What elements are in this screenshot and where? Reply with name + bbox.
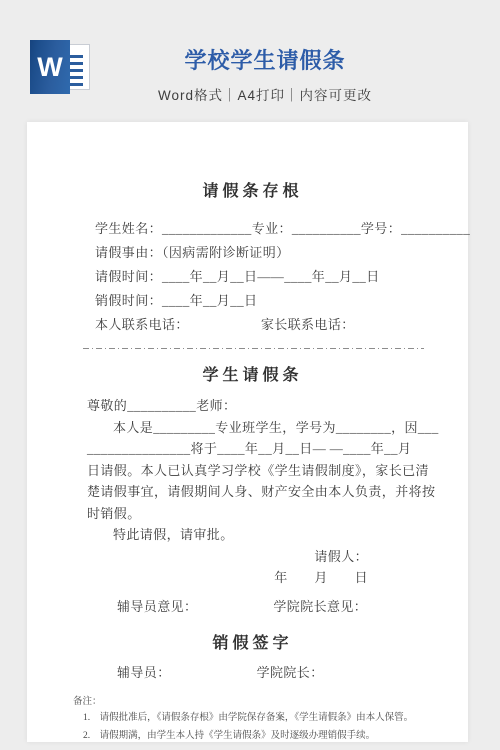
header: W 学校学生请假条 Word格式｜A4打印｜内容可更改: [0, 0, 500, 122]
counselor-sign-label: 辅导员：: [117, 661, 171, 685]
dean-opinion-label: 学院院长意见：: [273, 595, 367, 619]
body-line-3: 日请假。本人已认真学习学校《学生请假制度》，家长已清: [87, 460, 418, 482]
stub-leave-time-line: 请假时间：____年__月__日——____年__月__日: [87, 265, 418, 289]
document-page: 请假条存根 学生姓名：_____________专业：__________学号：…: [27, 122, 468, 742]
self-phone-label: 本人联系电话：: [95, 313, 189, 337]
signer-label: 请假人：: [87, 546, 368, 568]
body-line-5: 时销假。: [87, 503, 418, 525]
leave-note-body: 尊敬的__________老师： 本人是_________专业班学生，学号为__…: [87, 395, 418, 546]
cut-dash-line: [83, 348, 424, 349]
signature-block: 请假人： 年 月 日: [87, 546, 418, 589]
stub-return-time-line: 销假时间：____年__月__日: [87, 289, 418, 313]
opinion-row: 辅导员意见： 学院院长意见：: [87, 595, 418, 619]
counselor-opinion-label: 辅导员意见：: [117, 595, 197, 619]
stub-section-title: 请假条存根: [87, 122, 418, 201]
cancel-section-title: 销假签字: [87, 630, 418, 653]
salutation-line: 尊敬的__________老师：: [87, 395, 418, 417]
leave-note-section-title: 学生请假条: [87, 362, 418, 385]
body-line-1: 本人是_________专业班学生，学号为________，因___: [87, 417, 418, 439]
stub-phone-line: 本人联系电话： 家长联系电话：: [87, 313, 418, 337]
remarks-section: 备注： 1. 请假批准后，《请假条存根》由学院保存备案，《学生请假条》由本人保管…: [73, 695, 418, 745]
date-line: 年 月 日: [87, 567, 368, 589]
stub-reason-line: 请假事由：（因病需附诊断证明）: [87, 241, 418, 265]
stub-name-line: 学生姓名：_____________专业：__________学号：______…: [87, 217, 418, 241]
remark-item-2: 2. 请假期满，由学生本人持《学生请假条》及时逐级办理销假手续。: [73, 727, 418, 745]
word-icon: W: [30, 40, 92, 94]
body-line-2: _______________将于____年__月__日— —____年__月: [87, 438, 418, 460]
dean-sign-label: 学院院长：: [257, 661, 324, 685]
word-icon-letter: W: [30, 40, 70, 94]
body-line-4: 楚请假事宜，请假期间人身、财产安全由本人负责，并将按: [87, 481, 418, 503]
remarks-label: 备注：: [73, 695, 418, 709]
closing-line: 特此请假，请审批。: [87, 524, 418, 546]
parent-phone-label: 家长联系电话：: [261, 313, 355, 337]
remark-item-1: 1. 请假批准后，《请假条存根》由学院保存备案，《学生请假条》由本人保管。: [73, 709, 418, 727]
stub-section: 学生姓名：_____________专业：__________学号：______…: [87, 217, 418, 337]
cancel-sign-row: 辅导员： 学院院长：: [87, 661, 418, 685]
